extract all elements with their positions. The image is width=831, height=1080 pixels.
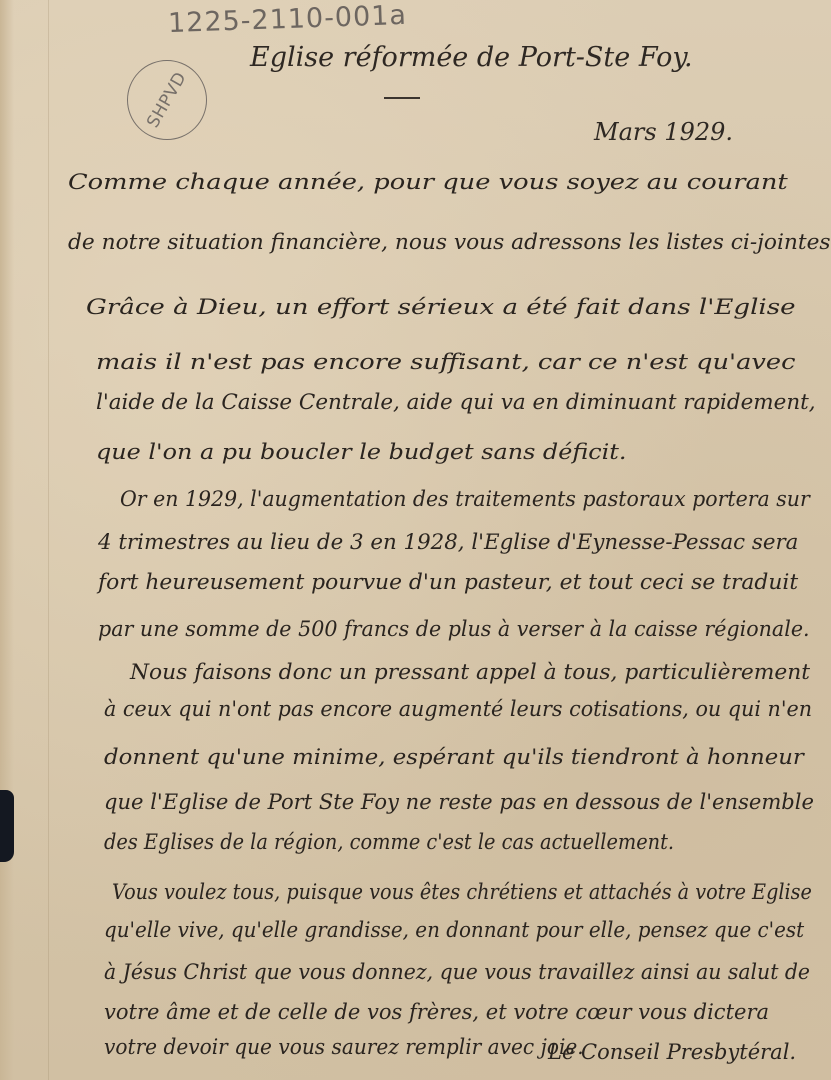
- letter-line: Vous voulez tous, puisque vous êtes chré…: [112, 880, 812, 904]
- letter-line: l'aide de la Caisse Centrale, aide qui v…: [96, 390, 816, 414]
- letter-line: votre âme et de celle de vos frères, et …: [104, 1000, 769, 1024]
- letter-line: Grâce à Dieu, un effort sérieux a été fa…: [86, 295, 796, 319]
- letter-line: Comme chaque année, pour que vous soyez …: [68, 170, 788, 194]
- letter-line: à ceux qui n'ont pas encore augmenté leu…: [104, 697, 812, 721]
- letter-date: Mars 1929.: [594, 118, 733, 146]
- letter-page: 1225-2110-001a SHPVD Eglise réformée de …: [0, 0, 831, 1080]
- letter-line: de notre situation financière, nous vous…: [68, 230, 831, 254]
- stamp-text: SHPVD: [143, 69, 191, 132]
- paper-edge: [0, 0, 14, 1080]
- letter-line: 4 trimestres au lieu de 3 en 1928, l'Egl…: [98, 530, 798, 554]
- letter-line: par une somme de 500 francs de plus à ve…: [98, 617, 810, 641]
- letter-line: des Eglises de la région, comme c'est le…: [104, 830, 674, 854]
- paper-fold-line: [48, 0, 49, 1080]
- letter-line: qu'elle vive, qu'elle grandisse, en donn…: [104, 918, 804, 942]
- letter-line: Or en 1929, l'augmentation des traitemen…: [120, 487, 810, 511]
- letter-heading: Eglise réformée de Port-Ste Foy.: [250, 42, 693, 73]
- letter-line: donnent qu'une minime, espérant qu'ils t…: [104, 745, 804, 769]
- ink-blot: [0, 790, 14, 862]
- archive-stamp-icon: SHPVD: [127, 60, 207, 140]
- letter-line: fort heureusement pourvue d'un pasteur, …: [98, 570, 798, 594]
- archive-number: 1225-2110-001a: [168, 0, 408, 39]
- letter-line: à Jésus Christ que vous donnez, que vous…: [104, 960, 810, 984]
- letter-line: que l'Eglise de Port Ste Foy ne reste pa…: [104, 790, 814, 814]
- signature: Le Conseil Presbytéral.: [548, 1040, 796, 1064]
- heading-divider: [384, 97, 420, 99]
- letter-line: que l'on a pu boucler le budget sans déf…: [96, 440, 626, 464]
- letter-line: Nous faisons donc un pressant appel à to…: [130, 660, 810, 684]
- letter-line: mais il n'est pas encore suffisant, car …: [96, 350, 795, 374]
- letter-line: votre devoir que vous saurez remplir ave…: [104, 1035, 584, 1059]
